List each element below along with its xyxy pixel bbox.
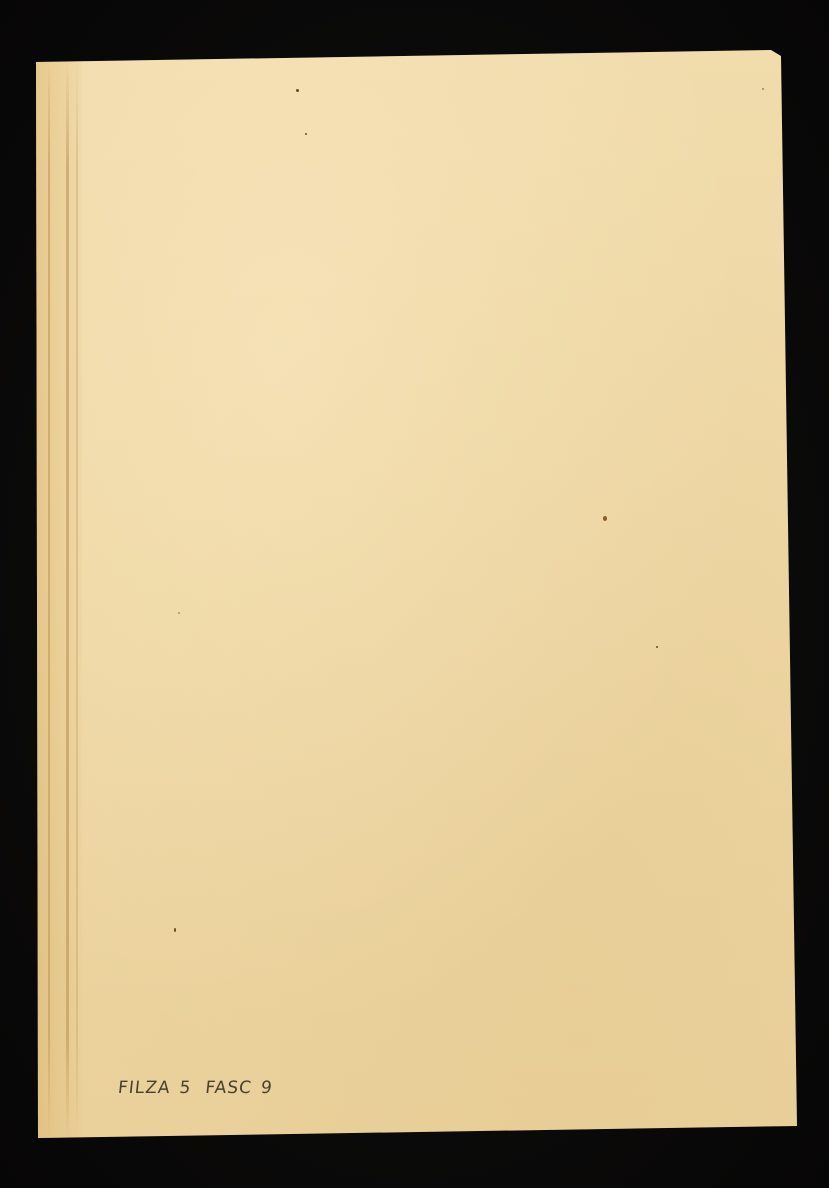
paper-speck (762, 88, 764, 90)
label-filza: FILZA (117, 1078, 172, 1098)
paper-speck (656, 646, 658, 648)
paper-crease (66, 60, 69, 1138)
paper-speck (296, 89, 299, 92)
label-fasc: FASC (204, 1078, 253, 1098)
paper-speck (178, 612, 180, 614)
handwritten-archive-label: FILZA5FASC9 (117, 1078, 283, 1098)
paper-speck (305, 133, 307, 135)
label-filza-number: 5 (178, 1078, 192, 1098)
paper-crease (48, 60, 50, 1138)
paper-speck (174, 928, 176, 932)
paper-sheet (0, 0, 829, 1188)
paper-crease (76, 60, 78, 1138)
scan-background: FILZA5FASC9 (0, 0, 829, 1188)
label-fasc-number: 9 (260, 1078, 274, 1098)
paper-speck (603, 516, 607, 521)
